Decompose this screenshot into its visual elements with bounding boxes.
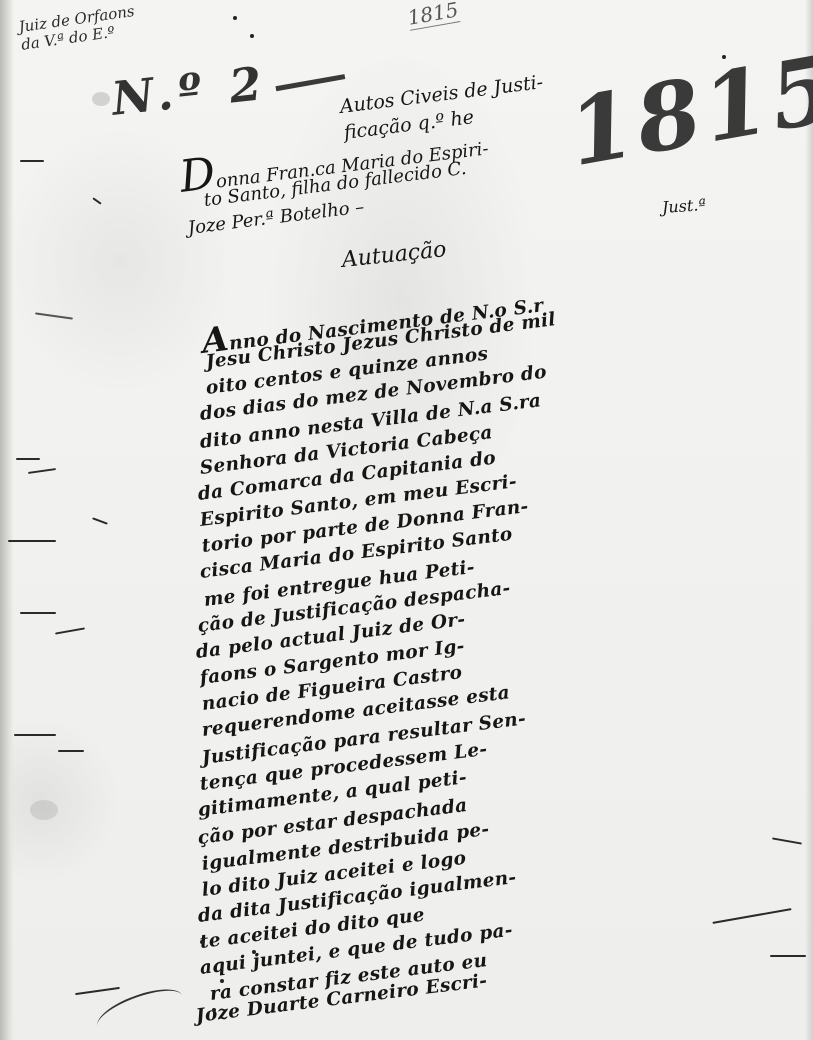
margin-note: Juiz de Orfaons da V.ª do E.º [17,2,138,54]
margin-ink-mark [92,197,101,204]
margin-ink-mark [772,837,802,844]
margin-ink-mark [20,160,44,162]
margin-ink-mark [35,312,73,319]
margin-ink-mark [92,517,108,524]
ink-dot [722,55,726,59]
ink-stain [92,92,110,106]
big-year: 1815 [561,34,813,188]
page-right-edge [805,0,813,1040]
margin-ink-mark [770,955,806,957]
side-signature: Just.ª [661,195,706,217]
ink-mark [75,987,120,995]
margin-ink-mark [712,908,791,924]
margin-ink-mark [28,468,56,474]
margin-ink-mark [16,458,40,460]
margin-ink-mark [55,627,85,634]
ink-dot [220,979,224,983]
margin-ink-mark [20,612,56,614]
margin-ink-mark [58,750,84,752]
margin-ink-mark [8,540,56,542]
top-year-small: 1815 [406,0,460,31]
ink-dot [250,34,254,38]
paper-stain [30,800,58,820]
page-binding-edge [0,0,14,1040]
ink-dot [212,1008,216,1012]
ink-dot [200,940,204,944]
manuscript-page: Juiz de Orfaons da V.ª do E.º N.º 2 1815… [0,0,813,1040]
document-number-text: N.º 2 [109,56,270,126]
section-title: Autuação [341,237,448,273]
margin-ink-mark [14,734,56,736]
document-number: N.º 2 [109,48,348,126]
ink-dot [233,16,237,20]
underline-flourish [276,74,346,91]
ink-dot [252,950,256,954]
